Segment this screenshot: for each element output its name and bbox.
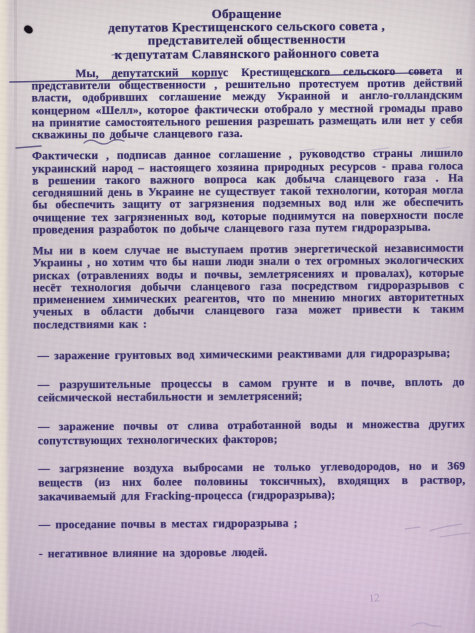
bullet-item-6: - негативное влияние на здоровье людей. — [39, 545, 466, 562]
paper-right-edge — [467, 0, 475, 633]
paragraph-3: Мы ни в коем случае не выступаем против … — [33, 243, 465, 332]
paper-crease — [14, 0, 17, 285]
title-line-4: к депутатам Славянского районного совета — [31, 45, 462, 61]
bullet-item-2: — разрушительные процессы в самом грунте… — [38, 375, 465, 405]
paper-left-edge — [0, 0, 10, 633]
paragraph-1: Мы, депутатский корпус Крестищенского се… — [31, 65, 463, 142]
consequence-list: — заражение грунтовых вод химическими ре… — [33, 346, 465, 561]
handwritten-page-number: 12 — [368, 592, 380, 605]
bullet-item-3: — заражение почвы от слива отработанной … — [38, 417, 465, 447]
document-photo: Обращение депутатов Крестищенского сельс… — [0, 0, 475, 633]
faint-bottom-squiggle — [412, 623, 441, 626]
bullet-item-4: — загрязнение воздуха выбросами не тольк… — [38, 460, 465, 504]
bullet-item-1: — заражение грунтовых вод химическими ре… — [37, 346, 464, 363]
paragraph-2: Фактически , подписав данное соглашение … — [32, 148, 464, 237]
bullet-item-5: — проседание почвы в местах гидроразрыва… — [39, 516, 466, 533]
document-content: Обращение депутатов Крестищенского сельс… — [31, 5, 466, 561]
document-title: Обращение депутатов Крестищенского сельс… — [31, 5, 462, 61]
